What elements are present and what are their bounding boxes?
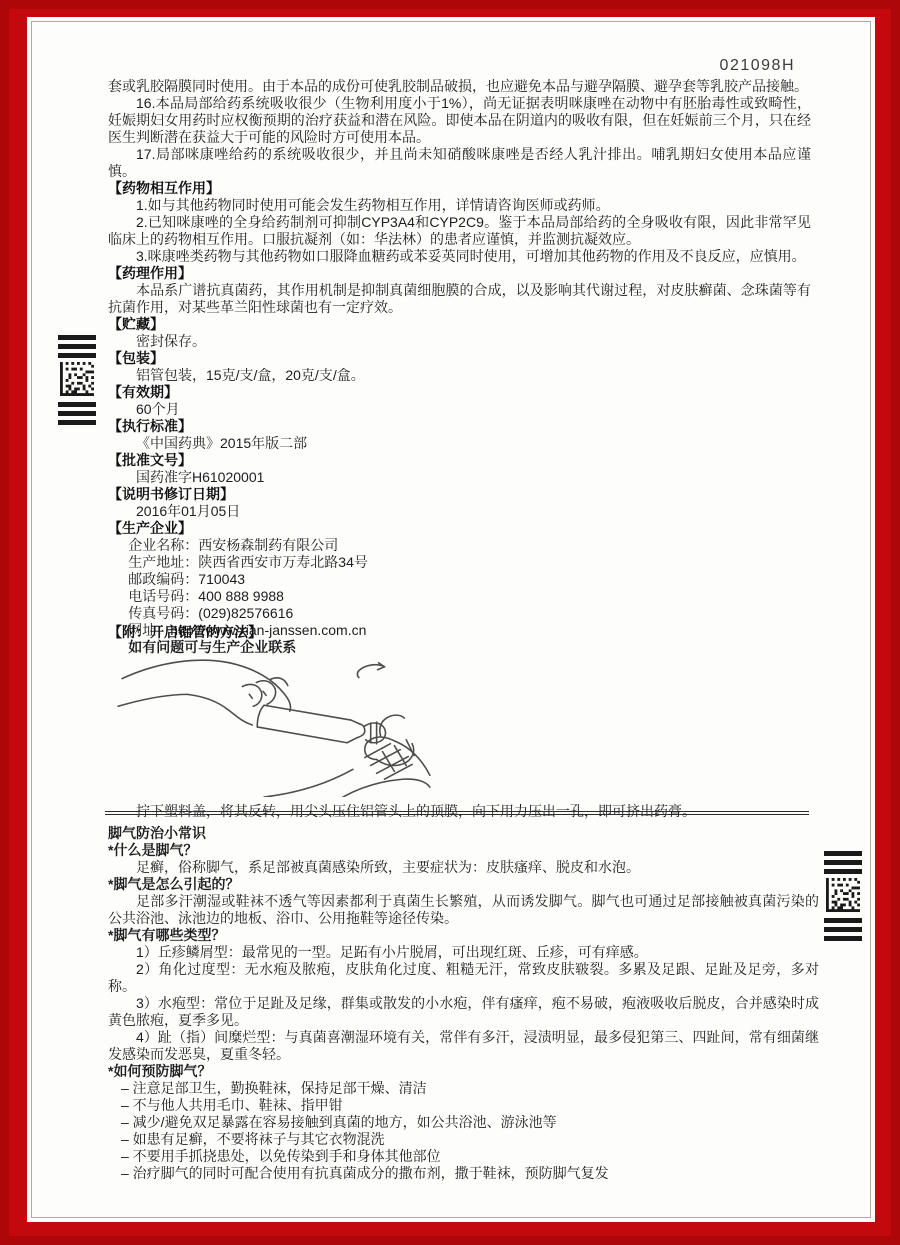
paragraph-17: 17.局部咪康唑给药的系统吸收很少，并且尚未知硝酸咪康唑是否经人乳汁排出。哺乳期… [108,146,811,180]
attachment-section: 【附：开启铝管的方法】 [108,624,811,820]
leaflet-page: 021098H 套或乳胶隔膜同时使用。由于 [27,17,875,1222]
question: *如何预防脚气？ [108,1063,819,1080]
section-label-drug-interactions: 【药物相互作用】 [108,180,811,197]
registration-bar-icon [824,918,862,923]
tip-item: – 不与他人共用毛巾、鞋袜、指甲钳 [108,1097,819,1114]
footer-knowledge-section: 脚气防治小常识 *什么是脚气？ 足癣，俗称脚气，系足部被真菌感染所致，主要症状为… [108,825,819,1182]
paragraph: 3.咪康唑类药物与其他药物如口服降血糖药或苯妥英同时使用，可增加其他药物的作用及… [108,248,811,265]
tip-item: – 注意足部卫生，勤换鞋袜，保持足部干燥、清洁 [108,1080,819,1097]
registration-bar-icon [58,402,96,407]
section-label-shelf-life: 【有效期】 [108,384,811,401]
footer-title: 脚气防治小常识 [108,825,819,842]
leaflet-photo: 021098H 套或乳胶隔膜同时使用。由于 [0,0,900,1245]
continuation-paragraph: 套或乳胶隔膜同时使用。由于本品的成份可使乳胶制品破损，也应避免本品与避孕隔膜、避… [108,78,811,95]
manufacturer-postcode: 邮政编码：710043 [108,571,811,588]
section-label-open-tube: 【附：开启铝管的方法】 [108,624,811,641]
paragraph: 2.已知咪康唑的全身给药制剂可抑制CYP3A4和CYP2C9。鉴于本品局部给药的… [108,214,811,248]
registration-bar-icon [58,353,96,358]
paragraph: 60个月 [108,401,811,418]
type-item: 1）丘疹鳞屑型：最常见的一型。足跖有小片脱屑，可出现红斑、丘疹，可有痒感。 [108,944,819,961]
question: *什么是脚气？ [108,842,819,859]
section-label-approval-number: 【批准文号】 [108,452,811,469]
registration-bar-icon [58,411,96,416]
hands-opening-tube-illustration [116,649,432,797]
paragraph: 1.如与其他药物同时使用可能会发生药物相互作用，详情请咨询医师或药师。 [108,197,811,214]
registration-bar-icon [824,936,862,941]
answer: 足癣，俗称脚气，系足部被真菌感染所致，主要症状为：皮肤瘙痒、脱皮和水泡。 [108,859,819,876]
section-label-revision-date: 【说明书修订日期】 [108,486,811,503]
tip-item: – 不要用手抓挠患处，以免传染到手和身体其他部位 [108,1148,819,1165]
paragraph: 国药准字H61020001 [108,469,811,486]
type-item: 3）水疱型：常位于足趾及足缘，群集或散发的小水疱，伴有瘙痒，疱不易破，疱液吸收后… [108,995,819,1029]
paragraph: 2016年01月05日 [108,503,811,520]
manufacturer-name: 企业名称：西安杨森制药有限公司 [108,537,811,554]
paragraph: 密封保存。 [108,333,811,350]
type-item: 2）角化过度型：无水疱及脓疱，皮肤角化过度、粗糙无汗，常致皮肤皲裂。多累及足跟、… [108,961,819,995]
section-divider-line [105,811,809,815]
section-label-standard: 【执行标准】 [108,418,811,435]
type-item: 4）趾（指）间糜烂型：与真菌喜潮湿环境有关，常伴有多汗，浸渍明显，最多侵犯第三、… [108,1029,819,1063]
registration-bar-icon [824,860,862,865]
tip-item: – 如患有足癣，不要将袜子与其它衣物混洗 [108,1131,819,1148]
manufacturer-address: 生产地址：陕西省西安市万寿北路34号 [108,554,811,571]
tip-item: – 减少/避免双足暴露在容易接触到真菌的地方，如公共浴池、游泳池等 [108,1114,819,1131]
question: *脚气是怎么引起的？ [108,876,819,893]
registration-bar-icon [58,344,96,349]
registration-bar-icon [824,851,862,856]
datamatrix-code-icon [60,362,94,396]
registration-bar-icon [824,869,862,874]
manufacturer-phone: 电话号码：400 888 9988 [108,588,811,605]
batch-code: 021098H [720,57,795,75]
registration-bar-icon [58,335,96,340]
paragraph-16: 16.本品局部给药系统吸收很少（生物利用度小于1%），尚无证据表明咪康唑在动物中… [108,95,811,146]
tip-item: – 治疗脚气的同时可配合使用有抗真菌成分的撒布剂，撒于鞋袜，预防脚气复发 [108,1165,819,1182]
answer: 足部多汗潮湿或鞋袜不透气等因素都利于真菌生长繁殖，从而诱发脚气。脚气也可通过足部… [108,893,819,927]
main-text-column: 套或乳胶隔膜同时使用。由于本品的成份可使乳胶制品破损，也应避免本品与避孕隔膜、避… [108,78,811,656]
question: *脚气有哪些类型？ [108,927,819,944]
registration-mark-left [58,335,96,429]
section-label-storage: 【贮藏】 [108,316,811,333]
manufacturer-fax: 传真号码：(029)82576616 [108,605,811,622]
paragraph: 《中国药典》2015年版二部 [108,435,811,452]
registration-mark-right [824,851,862,945]
section-label-pharmacology: 【药理作用】 [108,265,811,282]
section-label-manufacturer: 【生产企业】 [108,520,811,537]
registration-bar-icon [824,927,862,932]
datamatrix-code-icon [826,878,860,912]
paragraph: 本品系广谱抗真菌药，其作用机制是抑制真菌细胞膜的合成，以及影响其代谢过程，对皮肤… [108,282,811,316]
registration-bar-icon [58,420,96,425]
paragraph: 铝管包装，15克/支/盒，20克/支/盒。 [108,367,811,384]
section-label-packaging: 【包装】 [108,350,811,367]
